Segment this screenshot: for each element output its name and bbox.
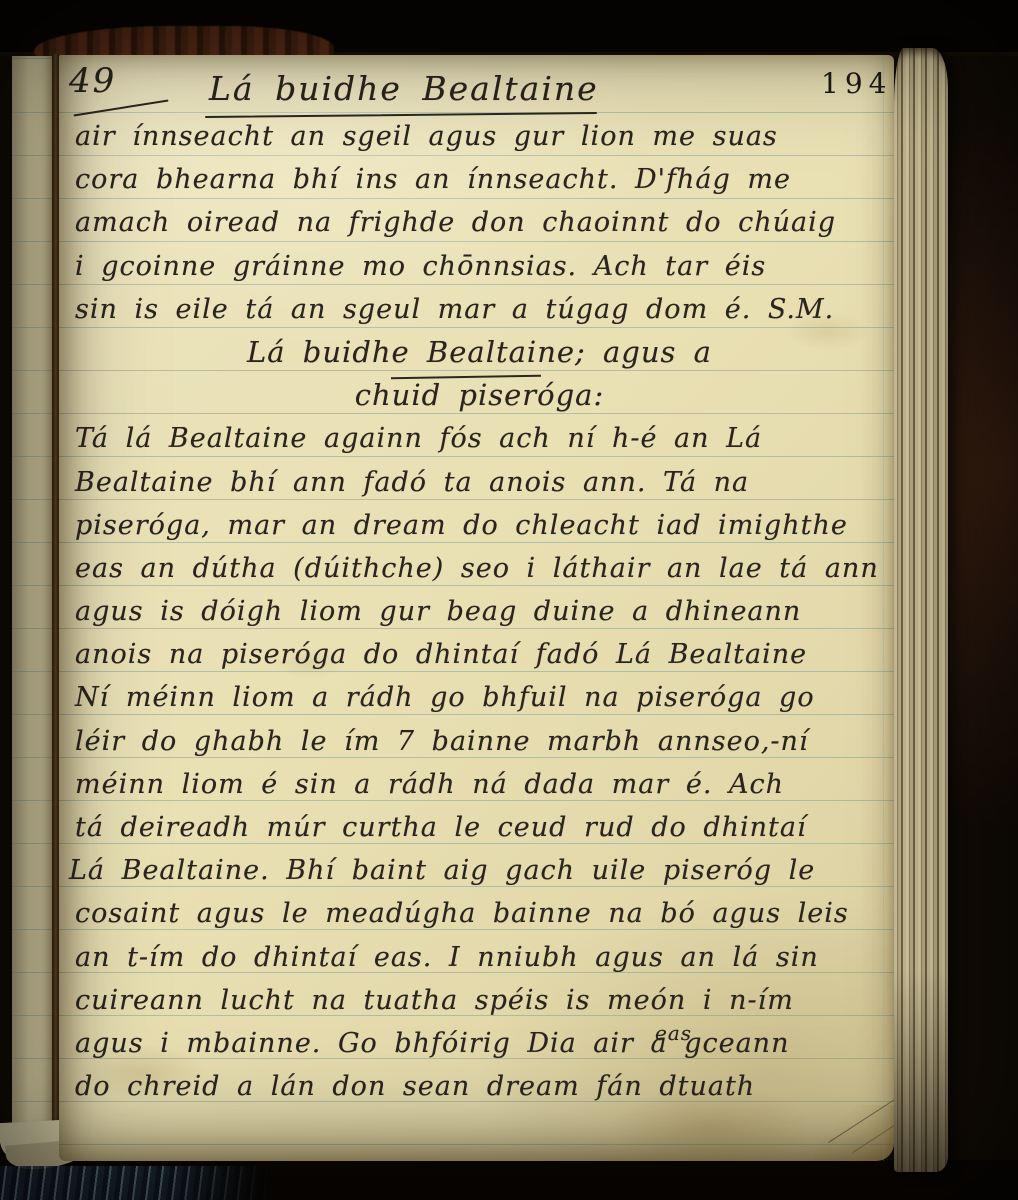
fore-edge-page-stack xyxy=(894,48,948,1172)
cloth-band xyxy=(0,1166,270,1200)
corner-shadow xyxy=(814,1105,894,1161)
manuscript-line: Bealtaine bhí ann fadó ta anois ann. Tá … xyxy=(75,461,884,504)
manuscript-line: Ní méinn liom a rádh go bhfuil na piseró… xyxy=(75,676,884,719)
section-heading-line: chuid piseróga: xyxy=(75,374,884,417)
manuscript-line: an t-ím do dhintaí eas. I nniubh agus an… xyxy=(75,936,884,979)
manuscript-photo: 49 Lá buidhe Bealtaine 194 air ínnseacht… xyxy=(0,0,1018,1200)
manuscript-line: amach oiread na frighde don chaoinnt do … xyxy=(75,201,884,244)
manuscript-line: sin is eile tá an sgeul mar a túgag dom … xyxy=(75,288,884,331)
handwritten-page-number: 49 xyxy=(69,61,116,101)
manuscript-line: air ínnseacht an sgeil agus gur lion me … xyxy=(75,115,884,158)
manuscript-line: tá deireadh múr curtha le ceud rud do dh… xyxy=(75,806,884,849)
manuscript-line: cosaint agus le meadúgha bainne na bó ag… xyxy=(75,892,884,935)
manuscript-line: Tá lá Bealtaine againn fós ach ní h-é an… xyxy=(75,417,884,460)
manuscript-line: do chreid a lán don sean dream fán dtuat… xyxy=(75,1065,884,1108)
manuscript-line: Lá Bealtaine. Bhí baint aig gach uile pi… xyxy=(69,849,884,892)
manuscript-line: méinn liom é sin a rádh ná dada mar é. A… xyxy=(75,763,884,806)
book-top-edge xyxy=(34,26,334,58)
manuscript-line: cora bhearna bhí ins an ínnseacht. D'fhá… xyxy=(75,158,884,201)
manuscript-line: agus is dóigh liom gur beag duine a dhin… xyxy=(75,590,884,633)
manuscript-line: anois na piseróga do dhintaí fadó Lá Bea… xyxy=(75,633,884,676)
manuscript-line: agus i mbainne. Go bhfóirig Dia air a gc… xyxy=(75,1022,884,1065)
printed-page-number: 194 xyxy=(821,67,892,100)
manuscript-line: eas an dútha (dúithche) seo i láthair an… xyxy=(75,547,884,590)
manuscript-body: air ínnseacht an sgeil agus gur lion me … xyxy=(75,115,884,1108)
manuscript-line: léir do ghabh le ím 7 bainne marbh annse… xyxy=(75,720,884,763)
book-gutter xyxy=(52,54,59,1148)
manuscript-line: i gcoinne gráinne mo chōnnsias. Ach tar … xyxy=(75,245,884,288)
page-title: Lá buidhe Bealtaine xyxy=(209,69,599,108)
interlinear-insertion: eas xyxy=(655,1021,692,1045)
section-heading-line: Lá buidhe Bealtaine; agus a xyxy=(75,331,884,374)
manuscript-line: cuireann lucht na tuatha spéis is meón i… xyxy=(75,979,884,1022)
manuscript-line: piseróga, mar an dream do chleacht iad i… xyxy=(75,504,884,547)
page-number-underline xyxy=(73,100,168,117)
adjacent-page-strip xyxy=(12,56,54,1142)
manuscript-page: 49 Lá buidhe Bealtaine 194 air ínnseacht… xyxy=(59,55,894,1161)
